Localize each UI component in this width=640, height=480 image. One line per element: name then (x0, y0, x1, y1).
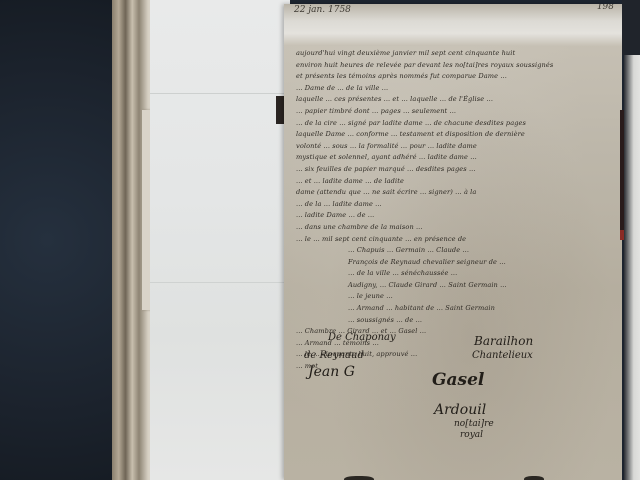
ink-blot (344, 476, 374, 480)
dark-tab (276, 96, 284, 124)
folio-number: 198 (597, 4, 614, 12)
text-line: ... et ... ladite dame ... de ladite (296, 176, 614, 188)
signature-chaponay: De Chaponay (328, 332, 396, 343)
manuscript-page: 22 jan. 1758 198 aujourd'hui vingt deuxi… (284, 4, 622, 480)
fold-line (150, 93, 290, 94)
signature-gasel: Gasel (432, 370, 484, 390)
text-line: laquelle Dame ... conforme ... testament… (296, 129, 614, 141)
dark-cloth-background (0, 0, 118, 480)
notary-royal: royal (460, 430, 483, 440)
manuscript-body: aujourd'hui vingt deuxième janvier mil s… (296, 48, 614, 373)
text-line: ... de la ville ... sénéchaussée ... (296, 268, 614, 280)
text-line: mystique et solennel, ayant adhéré ... l… (296, 152, 614, 164)
text-line: aujourd'hui vingt deuxième janvier mil s… (296, 48, 614, 60)
signature-notary: Ardouil (434, 402, 486, 418)
fold-line (150, 282, 290, 283)
text-line: ... le jeune ... (296, 291, 614, 303)
text-line: ... six feuilles de papier marqué ... de… (296, 164, 614, 176)
text-line: ... Armand ... habitant de ... Saint Ger… (296, 303, 614, 315)
text-line: ... Chapuis ... Germain ... Claude ... (296, 245, 614, 257)
text-line: ... le ... mil sept cent cinquante ... e… (296, 234, 614, 246)
text-line: ... Dame de ... de la ville ... (296, 83, 614, 95)
text-line: ... dans une chambre de la maison ... (296, 222, 614, 234)
text-line: laquelle ... ces présentes ... et ... la… (296, 94, 614, 106)
text-line: ... soussignés ... de ... (296, 315, 614, 327)
header-band: 22 jan. 1758 198 (284, 4, 622, 46)
right-edge (624, 0, 640, 480)
text-line: et présents les témoins après nommés fut… (296, 71, 614, 83)
dark-corner (622, 0, 640, 55)
text-line: ... de la ... ladite dame ... (296, 199, 614, 211)
text-line: ... ladite Dame ... de ... (296, 210, 614, 222)
text-line: ... papier timbré dont ... pages ... seu… (296, 106, 614, 118)
text-line: volonté ... sous ... la formalité ... po… (296, 141, 614, 153)
signature-jean: Jean G (308, 364, 355, 380)
ink-blot (524, 476, 544, 480)
notary-title: no[tai]re (454, 419, 494, 429)
blank-leaf (150, 0, 290, 480)
signature-reynaud: de Reynaud (304, 350, 364, 361)
text-line: Audigny, ... Claude Girard ... Saint Ger… (296, 280, 614, 292)
date-note: 22 jan. 1758 (294, 5, 351, 15)
text-line: environ huit heures de relevée par devan… (296, 60, 614, 72)
signature-chantelieux: Chantelieux (472, 350, 533, 361)
text-line: dame (attendu que ... ne sait écrire ...… (296, 187, 614, 199)
text-line: ... de la cire ... signé par ladite dame… (296, 118, 614, 130)
signature-barailhon: Barailhon (474, 334, 533, 348)
text-line: François de Reynaud chevalier seigneur d… (296, 257, 614, 269)
